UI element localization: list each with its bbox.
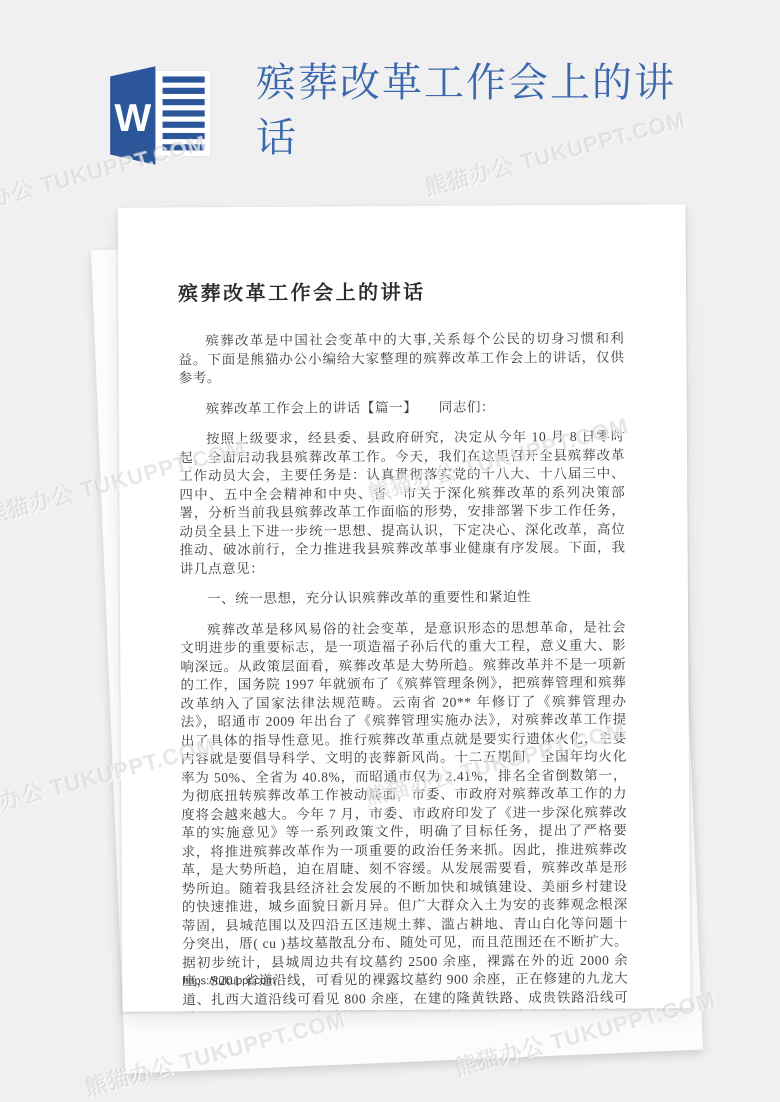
page-background: 熊猫办公 TUKUPPT.COM 熊猫办公 TUKUPPT.COM 熊猫办公 T… — [0, 0, 780, 1102]
doc-paragraph-body: 殡葬改革是移风易俗的社会变革，是意识形态的思想革命，是社会文明进步的重要标志，是… — [180, 618, 629, 1012]
doc-footer-url: https://tukuppt.com — [182, 975, 275, 988]
doc-section-heading: 一、统一思想，充分认识殡葬改革的重要性和紧迫性 — [180, 588, 626, 609]
document-content: 殡葬改革工作会上的讲话 殡葬改革是中国社会变革中的大事,关系每个公民的切身习惯和… — [178, 275, 629, 1012]
word-icon: W — [104, 62, 217, 169]
page-title: 殡葬改革工作会上的讲 话 — [256, 56, 716, 166]
page-title-line1: 殡葬改革工作会上的讲 — [256, 61, 676, 105]
doc-paragraph-opening: 按照上级要求，经县委、县政府研究，决定从今年 10 月 8 日零时起，全面启动我… — [179, 428, 626, 579]
doc-paragraph-intro: 殡葬改革是中国社会变革中的大事,关系每个公民的切身习惯和利益。下面是熊猫办公小编… — [178, 330, 624, 388]
page-title-line2: 话 — [256, 116, 298, 160]
doc-paragraph-salutation: 殡葬改革工作会上的讲话【篇一】 同志们： — [179, 397, 625, 418]
document-page: 殡葬改革工作会上的讲话 殡葬改革是中国社会变革中的大事,关系每个公民的切身习惯和… — [118, 204, 691, 1011]
doc-heading: 殡葬改革工作会上的讲话 — [178, 275, 624, 307]
word-icon-letter: W — [114, 97, 151, 140]
